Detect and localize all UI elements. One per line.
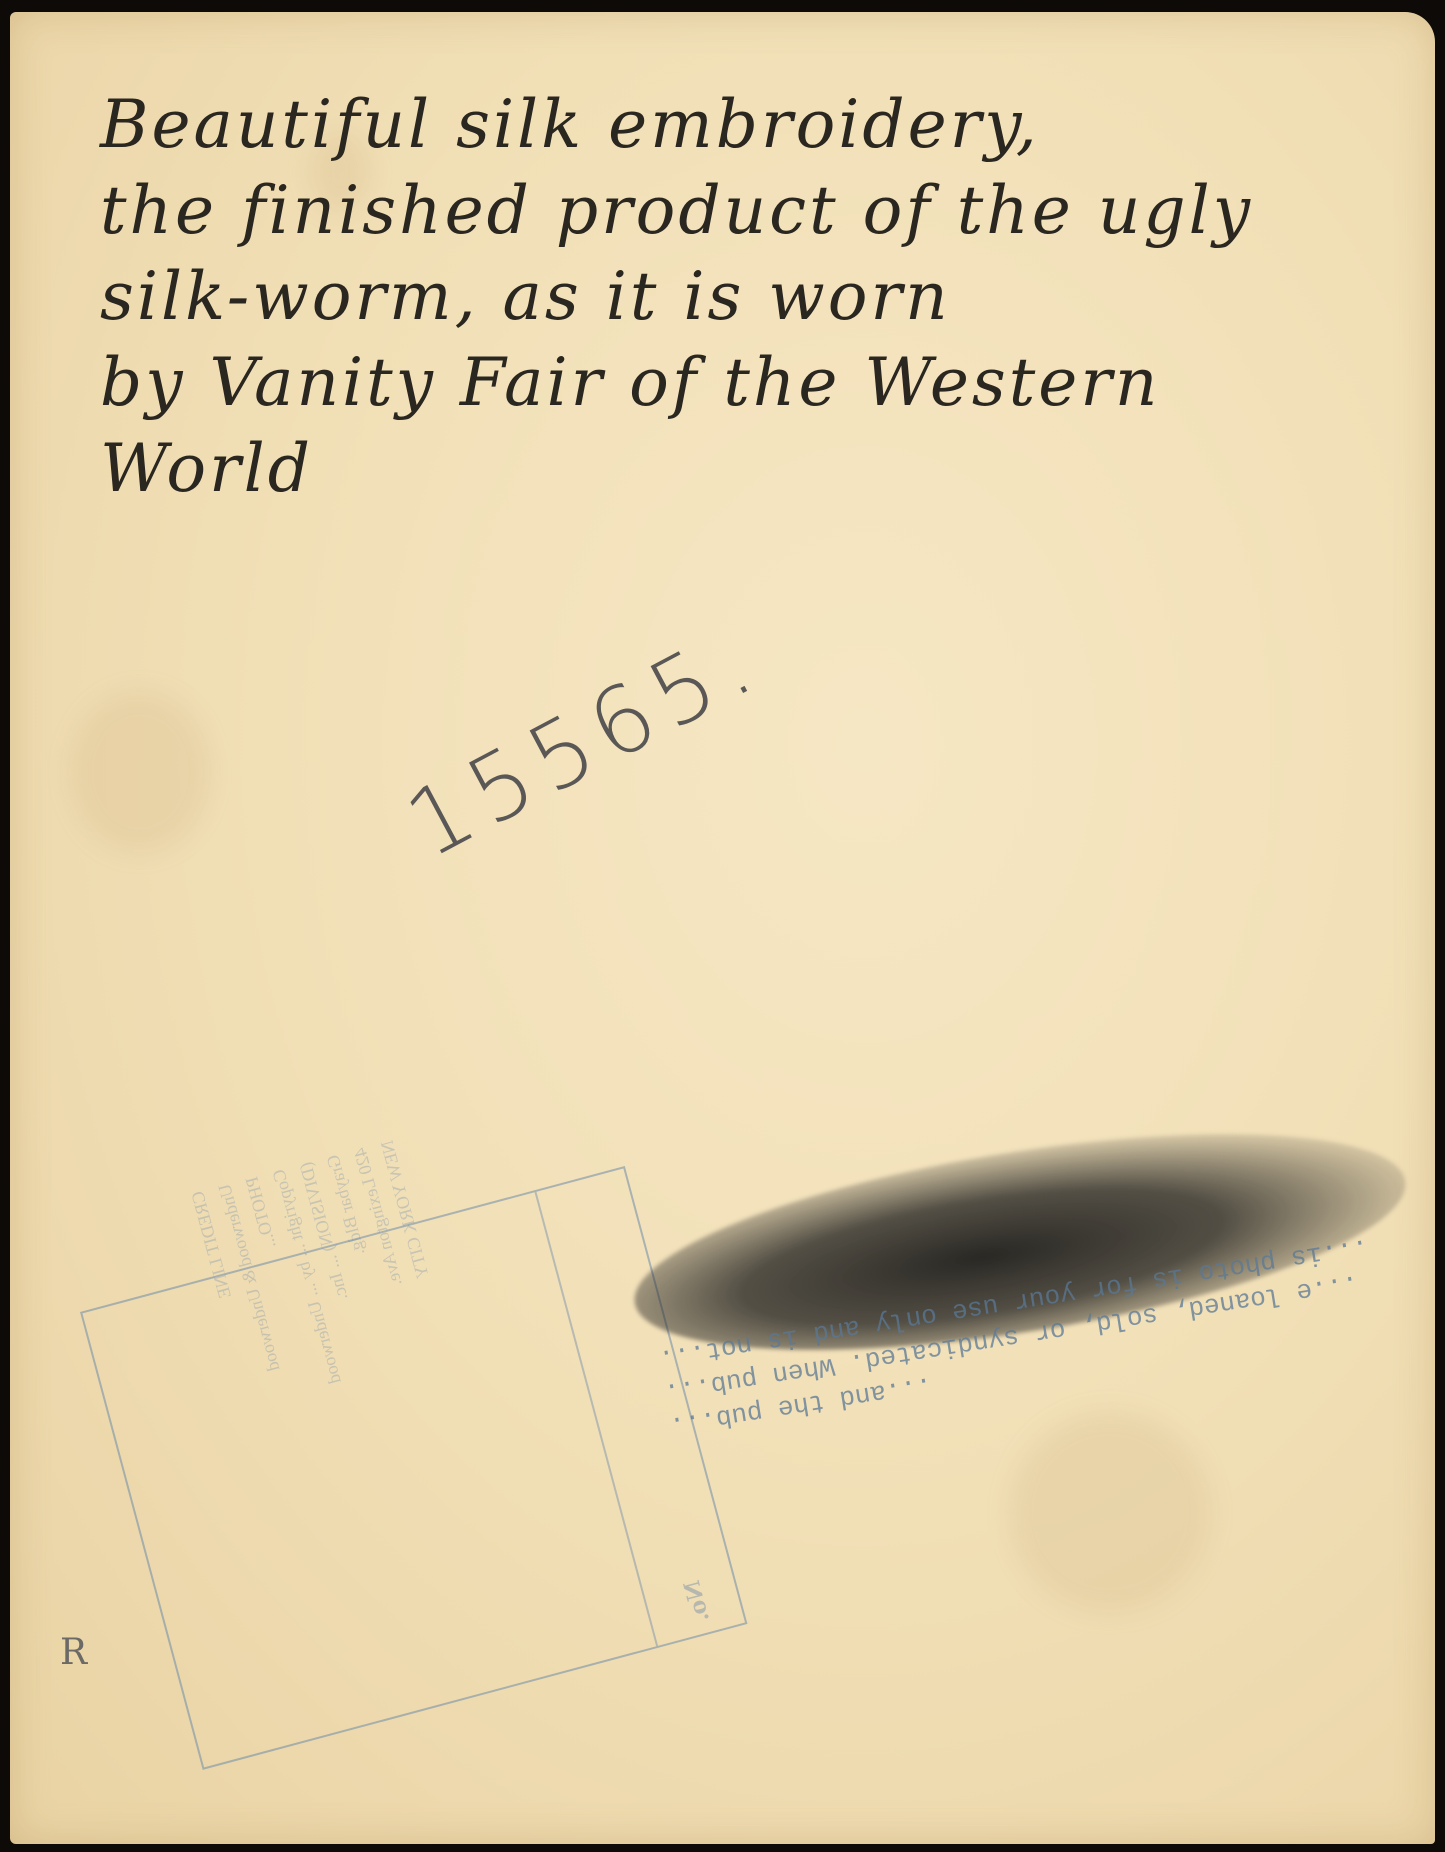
stamp-number-label: No. <box>679 1578 715 1625</box>
credit-stamp: CREDIT LINE Underwood & Underwood PHOTO.… <box>80 1166 747 1770</box>
stamp-text: CREDIT LINE Underwood & Underwood PHOTO.… <box>183 1137 513 1620</box>
paper-stain <box>70 692 210 852</box>
caption-line: World <box>100 426 1420 512</box>
photo-back-card: Beautiful silk embroidery, the finished … <box>10 12 1435 1844</box>
caption-line: the finished product of the ugly <box>100 168 1420 254</box>
stamp-divider <box>535 1192 659 1647</box>
caption-line: silk-worm, as it is worn <box>100 254 1420 340</box>
caption-line: Beautiful silk embroidery, <box>100 82 1420 168</box>
caption-line: by Vanity Fair of the Western <box>100 340 1420 426</box>
handwritten-caption: Beautiful silk embroidery, the finished … <box>100 82 1420 512</box>
margin-mark: R <box>60 1632 87 1673</box>
paper-stain <box>1010 1412 1210 1612</box>
catalog-number: 15565. <box>390 605 777 879</box>
